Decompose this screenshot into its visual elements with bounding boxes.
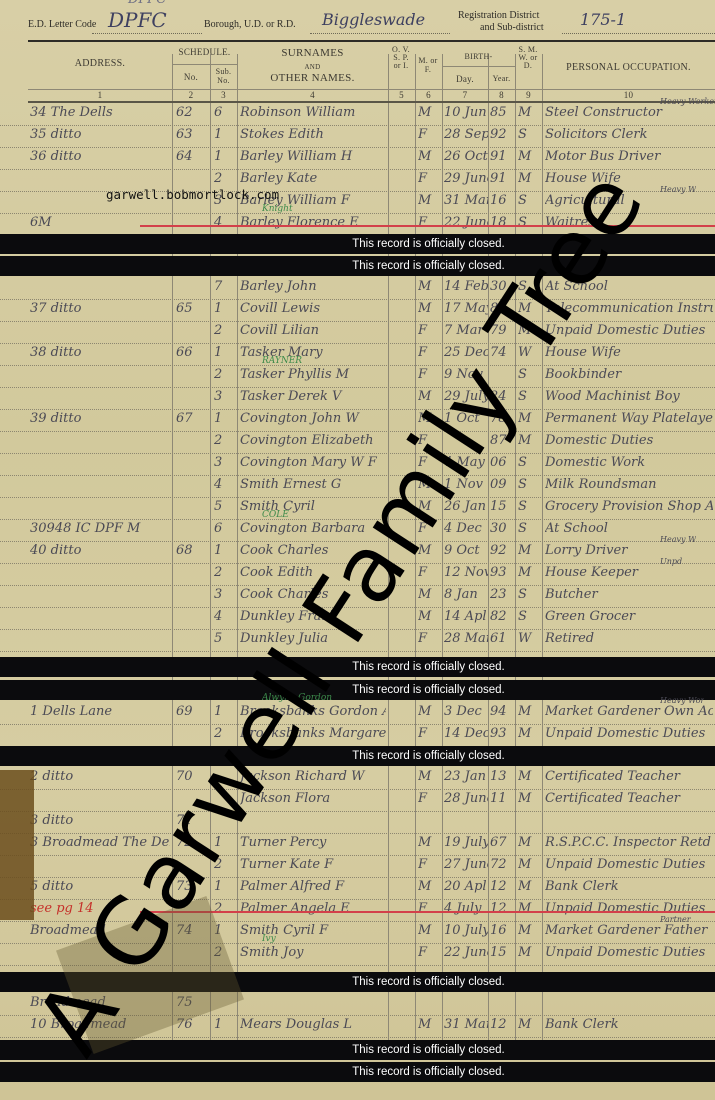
cell-occupation: Certificated Teacher [545, 791, 713, 806]
table-row: 2Covill LilianF7 Mar79MUnpaid Domestic D… [0, 321, 715, 344]
table-row: 35 ditto631Stokes EdithF28 Sept92SSolici… [0, 125, 715, 148]
cell-sub: 2 [214, 323, 234, 338]
cell-day: 28 Mar [444, 631, 488, 646]
cell-occupation: Unpaid Domestic Duties [545, 857, 713, 872]
cell-sub: 5 [214, 499, 234, 514]
cell-name: Tasker Phyllis M [240, 367, 386, 382]
cell-sex: M [418, 149, 440, 164]
col-sex: M. or F. [416, 56, 440, 74]
col-num-6: 6 [415, 90, 442, 100]
cell-day: 28 Sept [444, 127, 488, 142]
registration-label-2: and Sub-district [480, 22, 544, 33]
cell-marital: S [518, 193, 540, 208]
table-row: 39 ditto671Covington John WM1 Oct78MPerm… [0, 409, 715, 432]
cell-marital: W [518, 631, 540, 646]
header-rule [28, 40, 715, 42]
name-annotation: Knight [262, 204, 293, 214]
cell-occupation: At School [545, 521, 713, 536]
table-row: 34 The Dells626Robinson WilliamM10 Jun85… [0, 103, 715, 126]
cell-name: Stokes Edith [240, 127, 386, 142]
cell-year: 67 [490, 835, 514, 850]
cell-day: 20 Apl [444, 879, 488, 894]
occupation-note: Heavy W [660, 185, 696, 194]
col-num-5: 5 [388, 90, 415, 100]
cell-day: 14 Apl [444, 609, 488, 624]
cell-sub: 1 [214, 127, 234, 142]
occupation-note: Heavy Worker [660, 97, 715, 106]
cell-occupation: Market Gardener Father [545, 923, 713, 938]
cell-address: 2 ditto [30, 769, 170, 784]
cell-sub: 1 [214, 543, 234, 558]
cell-sex: F [418, 945, 440, 960]
closed-record-text: This record is officially closed. [352, 684, 505, 696]
cell-name: Tasker Derek V [240, 389, 386, 404]
cell-name: Covington Mary W F [240, 455, 386, 470]
cell-address: 6M [30, 215, 170, 230]
cell-year: 12 [490, 879, 514, 894]
cell-day: 27 June [444, 857, 488, 872]
cell-sub: 3 [214, 389, 234, 404]
cell-year: 30 [490, 521, 514, 536]
closed-record-text: This record is officially closed. [352, 661, 505, 673]
closed-record-text: This record is officially closed. [352, 1044, 505, 1056]
cell-year: 85 [490, 105, 514, 120]
cell-marital: M [518, 1017, 540, 1032]
paper-stain [0, 770, 34, 920]
cell-year: 16 [490, 923, 514, 938]
cell-sex: M [418, 704, 440, 719]
cell-sub: 4 [214, 477, 234, 492]
cell-year: 12 [490, 901, 514, 916]
cell-marital: S [518, 587, 540, 602]
cell-occupation: Bank Clerk [545, 1017, 713, 1032]
cell-address: 40 ditto [30, 543, 170, 558]
cell-marital: M [518, 879, 540, 894]
closed-record-text: This record is officially closed. [352, 976, 505, 988]
cell-sub: 2 [214, 901, 234, 916]
cell-year: 92 [490, 543, 514, 558]
cell-occupation: Lorry Driver [545, 543, 713, 558]
cell-sub: 4 [214, 609, 234, 624]
closed-record-text: This record is officially closed. [352, 260, 505, 272]
cell-year: 15 [490, 945, 514, 960]
cell-sub: 3 [214, 455, 234, 470]
name-annotation: COLE [262, 510, 289, 520]
cell-sub: 2 [214, 565, 234, 580]
col-ovspi: O. V. S. P. or I. [390, 46, 412, 70]
cell-marital: M [518, 945, 540, 960]
cell-sex: F [418, 345, 440, 360]
name-annotation: Ivy [262, 934, 276, 944]
cell-name: Turner Kate F [240, 857, 386, 872]
table-row: 3 Broadmead The Dells721Turner PercyM19 … [0, 833, 715, 856]
cell-marital: S [518, 609, 540, 624]
cell-no: 63 [176, 127, 208, 142]
cell-occupation: Certificated Teacher [545, 769, 713, 784]
cell-address: 37 ditto [30, 301, 170, 316]
cell-day: 23 Jan [444, 769, 488, 784]
cell-name: Turner Percy [240, 835, 386, 850]
col-surnames: SURNAMES [237, 47, 388, 59]
closed-record-text: This record is officially closed. [352, 1066, 505, 1078]
cell-year: 12 [490, 1017, 514, 1032]
cell-occupation: Solicitors Clerk [545, 127, 713, 142]
table-row: 3 ditto71 [0, 811, 715, 834]
cell-occupation: Domestic Work [545, 455, 713, 470]
col-birth-day: Day. [442, 74, 488, 84]
cell-sex: F [418, 127, 440, 142]
cell-sub: 1 [214, 149, 234, 164]
col-other-names: OTHER NAMES. [237, 72, 388, 84]
cell-name: Mears Douglas L [240, 1017, 386, 1032]
cell-marital: M [518, 726, 540, 741]
cell-sub: 1 [214, 345, 234, 360]
cell-occupation: Market Gardener Own Account [545, 704, 713, 719]
cell-sub: 2 [214, 171, 234, 186]
cell-marital: M [518, 704, 540, 719]
cell-year: 15 [490, 499, 514, 514]
cell-occupation: Domestic Duties [545, 433, 713, 448]
cell-year: 93 [490, 565, 514, 580]
cell-name: Covill Lewis [240, 301, 386, 316]
cell-sex: M [418, 835, 440, 850]
cell-no: 68 [176, 543, 208, 558]
cell-day: 12 Nov [444, 565, 488, 580]
cell-sex: F [418, 323, 440, 338]
cell-day: 28 June [444, 791, 488, 806]
registration-label-1: Registration District [458, 10, 539, 21]
col-birth-year: Year. [488, 74, 515, 83]
cell-occupation: Steel Constructor [545, 105, 713, 120]
register-page: E.D. Letter Code DPFC DPFC Borough, U.D.… [0, 0, 715, 1100]
table-row: 37 ditto651Covill LewisM17 May82MTelecom… [0, 299, 715, 322]
cell-marital: S [518, 127, 540, 142]
site-url-overlay: garwell.bobmortlock.com [106, 187, 279, 202]
cell-name: Barley Kate [240, 171, 386, 186]
cell-name: Robinson William [240, 105, 386, 120]
cell-sex: M [418, 301, 440, 316]
cell-no: 62 [176, 105, 208, 120]
cell-sub: 3 [214, 587, 234, 602]
occupation-note: Unpd [660, 557, 682, 566]
cell-name: Smith Joy [240, 945, 386, 960]
cell-occupation: Grocery Provision Shop Assistant [545, 499, 713, 514]
cell-marital: M [518, 171, 540, 186]
col-num-1: 1 [28, 90, 172, 100]
ed-letter-code-annotation: DPFC [128, 0, 166, 7]
cell-day: 26 Oct [444, 149, 488, 164]
col-num-2: 2 [172, 90, 210, 100]
cell-year: 82 [490, 609, 514, 624]
cell-year: 13 [490, 769, 514, 784]
cell-name: Barley William H [240, 149, 386, 164]
cell-sex: M [418, 1017, 440, 1032]
cell-address: 36 ditto [30, 149, 170, 164]
cell-marital: M [518, 901, 540, 916]
cell-sex: F [418, 726, 440, 741]
col-marital: S. M. W. or D. [517, 46, 539, 70]
cell-sex: M [418, 879, 440, 894]
name-annotation: RAYNER [262, 356, 302, 366]
table-row: 3Covington Mary W FF4 May06SDomestic Wor… [0, 453, 715, 476]
cell-name: Barley John [240, 279, 386, 294]
col-birth: BIRTH- [442, 52, 515, 61]
cell-sub: 2 [214, 433, 234, 448]
cell-name: Covington Elizabeth [240, 433, 386, 448]
cell-sex: F [418, 171, 440, 186]
cell-marital: M [518, 433, 540, 448]
cell-occupation: Green Grocer [545, 609, 713, 624]
col-occupation: PERSONAL OCCUPATION. [542, 62, 715, 73]
cell-sex: M [418, 923, 440, 938]
cell-sex: M [418, 279, 440, 294]
cell-no: 66 [176, 345, 208, 360]
cell-day: 31 Mar [444, 1017, 488, 1032]
cell-occupation: Bank Clerk [545, 879, 713, 894]
cell-no: 69 [176, 704, 208, 719]
cell-sub: 7 [214, 279, 234, 294]
cell-day: 22 June [444, 945, 488, 960]
cell-sub: 1 [214, 301, 234, 316]
cell-year: 16 [490, 193, 514, 208]
table-row: Jackson FloraF28 June11MCertificated Tea… [0, 789, 715, 812]
cell-sex: M [418, 105, 440, 120]
cell-year: 11 [490, 791, 514, 806]
cell-address: 39 ditto [30, 411, 170, 426]
cell-marital: M [518, 149, 540, 164]
cell-sex: M [418, 609, 440, 624]
cell-no: 67 [176, 411, 208, 426]
cell-day: 22 June [444, 215, 488, 230]
cell-sub: 5 [214, 631, 234, 646]
cell-sex: F [418, 791, 440, 806]
cell-day: 4 July [444, 901, 488, 916]
cell-day: 14 Dec [444, 726, 488, 741]
cell-sub: 6 [214, 521, 234, 536]
strike-through-line [140, 911, 715, 913]
cell-year: 93 [490, 726, 514, 741]
cell-occupation: Permanent Way Platelayer [545, 411, 713, 426]
cell-marital: S [518, 477, 540, 492]
cell-sub: 6 [214, 105, 234, 120]
table-row: 2Brooksbanks MargarettaF14 Dec93MUnpaid … [0, 724, 715, 747]
cell-day: 29 June [444, 171, 488, 186]
cell-sex: F [418, 857, 440, 872]
cell-marital: S [518, 499, 540, 514]
cell-name: Palmer Angela E [240, 901, 386, 916]
cell-marital: M [518, 835, 540, 850]
closed-record-text: This record is officially closed. [352, 238, 505, 250]
cell-day: 3 Dec [444, 704, 488, 719]
col-schedule-no: No. [172, 72, 210, 82]
cell-sex: M [418, 587, 440, 602]
closed-record-text: This record is officially closed. [352, 750, 505, 762]
cell-occupation: Unpaid Domestic Duties [545, 945, 713, 960]
cell-no: 65 [176, 301, 208, 316]
table-row: 36 ditto641Barley William HM26 Oct91MMot… [0, 147, 715, 170]
col-num-3: 3 [210, 90, 237, 100]
cell-day: 31 Mar [444, 193, 488, 208]
cell-no: 64 [176, 149, 208, 164]
cell-occupation: R.S.P.C.C. Inspector Retd [545, 835, 713, 850]
cell-year: 91 [490, 171, 514, 186]
cell-occupation: Milk Roundsman [545, 477, 713, 492]
cell-occupation: House Keeper [545, 565, 713, 580]
occupation-note: Heavy W [660, 535, 696, 544]
col-num-9: 9 [515, 90, 542, 100]
col-num-4: 4 [237, 90, 388, 100]
cell-marital: M [518, 791, 540, 806]
cell-sub: 4 [214, 215, 234, 230]
cell-marital: M [518, 857, 540, 872]
cell-year: 23 [490, 587, 514, 602]
cell-occupation: Bookbinder [545, 367, 713, 382]
cell-address: 38 ditto [30, 345, 170, 360]
table-row: 2 ditto70Jackson Richard WM23 Jan13MCert… [0, 767, 715, 790]
cell-marital: M [518, 105, 540, 120]
cell-year: 61 [490, 631, 514, 646]
cell-year: 91 [490, 149, 514, 164]
cell-occupation: Unpaid Domestic Duties [545, 726, 713, 741]
cell-address: 30948 IC DPF M [30, 521, 170, 536]
cell-year: 72 [490, 857, 514, 872]
cell-name: Barley Florence E [240, 215, 386, 230]
ed-letter-code-value: DPFC [108, 8, 167, 32]
col-schedule: SCHEDULE. [172, 47, 237, 57]
cell-occupation: Unpaid Domestic Duties [545, 901, 713, 916]
closed-record-bar: This record is officially closed. [0, 746, 715, 766]
cell-occupation: Retired [545, 631, 713, 646]
cell-sex: F [418, 901, 440, 916]
cell-year: 94 [490, 704, 514, 719]
cell-day: 19 July [444, 835, 488, 850]
col-num-7: 7 [442, 90, 488, 100]
cell-day: 8 Jan [444, 587, 488, 602]
ed-letter-code-label: E.D. Letter Code [28, 19, 96, 30]
table-row: 38 ditto661Tasker MaryF25 Dec74WHouse Wi… [0, 343, 715, 366]
cell-address: 34 The Dells [30, 105, 170, 120]
cell-name: Covington John W [240, 411, 386, 426]
cell-address: 1 Dells Lane [30, 704, 170, 719]
col-and: AND [237, 63, 388, 71]
col-address: ADDRESS. [28, 58, 172, 69]
cell-sub: 1 [214, 1017, 234, 1032]
cell-year: 09 [490, 477, 514, 492]
cell-day: 9 Oct [444, 543, 488, 558]
cell-sub: 1 [214, 411, 234, 426]
cell-occupation: Wood Machinist Boy [545, 389, 713, 404]
cell-name: Palmer Alfred F [240, 879, 386, 894]
table-row: 2Tasker Phyllis MF9 NovSBookbinderRAYNER [0, 365, 715, 388]
cell-occupation: Butcher [545, 587, 713, 602]
cell-marital: M [518, 923, 540, 938]
borough-label: Borough, U.D. or R.D. [204, 19, 296, 30]
cell-marital: M [518, 769, 540, 784]
table-row: 2Covington ElizabethF87MDomestic Duties [0, 431, 715, 454]
cell-marital: S [518, 455, 540, 470]
occupation-note: Partner [660, 915, 691, 924]
table-row: 3Tasker Derek VM29 July24SWood Machinist… [0, 387, 715, 410]
col-num-8: 8 [488, 90, 515, 100]
cell-marital: M [518, 543, 540, 558]
cell-name: Covill Lilian [240, 323, 386, 338]
cell-day: 14 Feb [444, 279, 488, 294]
col-schedule-sub: Sub. No. [210, 67, 237, 85]
table-row: 1 Dells Lane691Brooksbanks Gordon AM3 De… [0, 702, 715, 725]
cell-sex: M [418, 193, 440, 208]
cell-day: 10 July [444, 923, 488, 938]
cell-day: 10 Jun [444, 105, 488, 120]
cell-marital: M [518, 565, 540, 580]
cell-address: 35 ditto [30, 127, 170, 142]
cell-sex: F [418, 631, 440, 646]
occupation-note: Heavy Wor [660, 696, 704, 705]
borough-value: Biggleswade [322, 10, 425, 29]
cell-marital: S [518, 521, 540, 536]
registration-value: 175-1 [580, 10, 626, 29]
cell-year: 92 [490, 127, 514, 142]
cell-sex: F [418, 215, 440, 230]
cell-year: 18 [490, 215, 514, 230]
cell-sex: M [418, 769, 440, 784]
cell-sub: 2 [214, 367, 234, 382]
